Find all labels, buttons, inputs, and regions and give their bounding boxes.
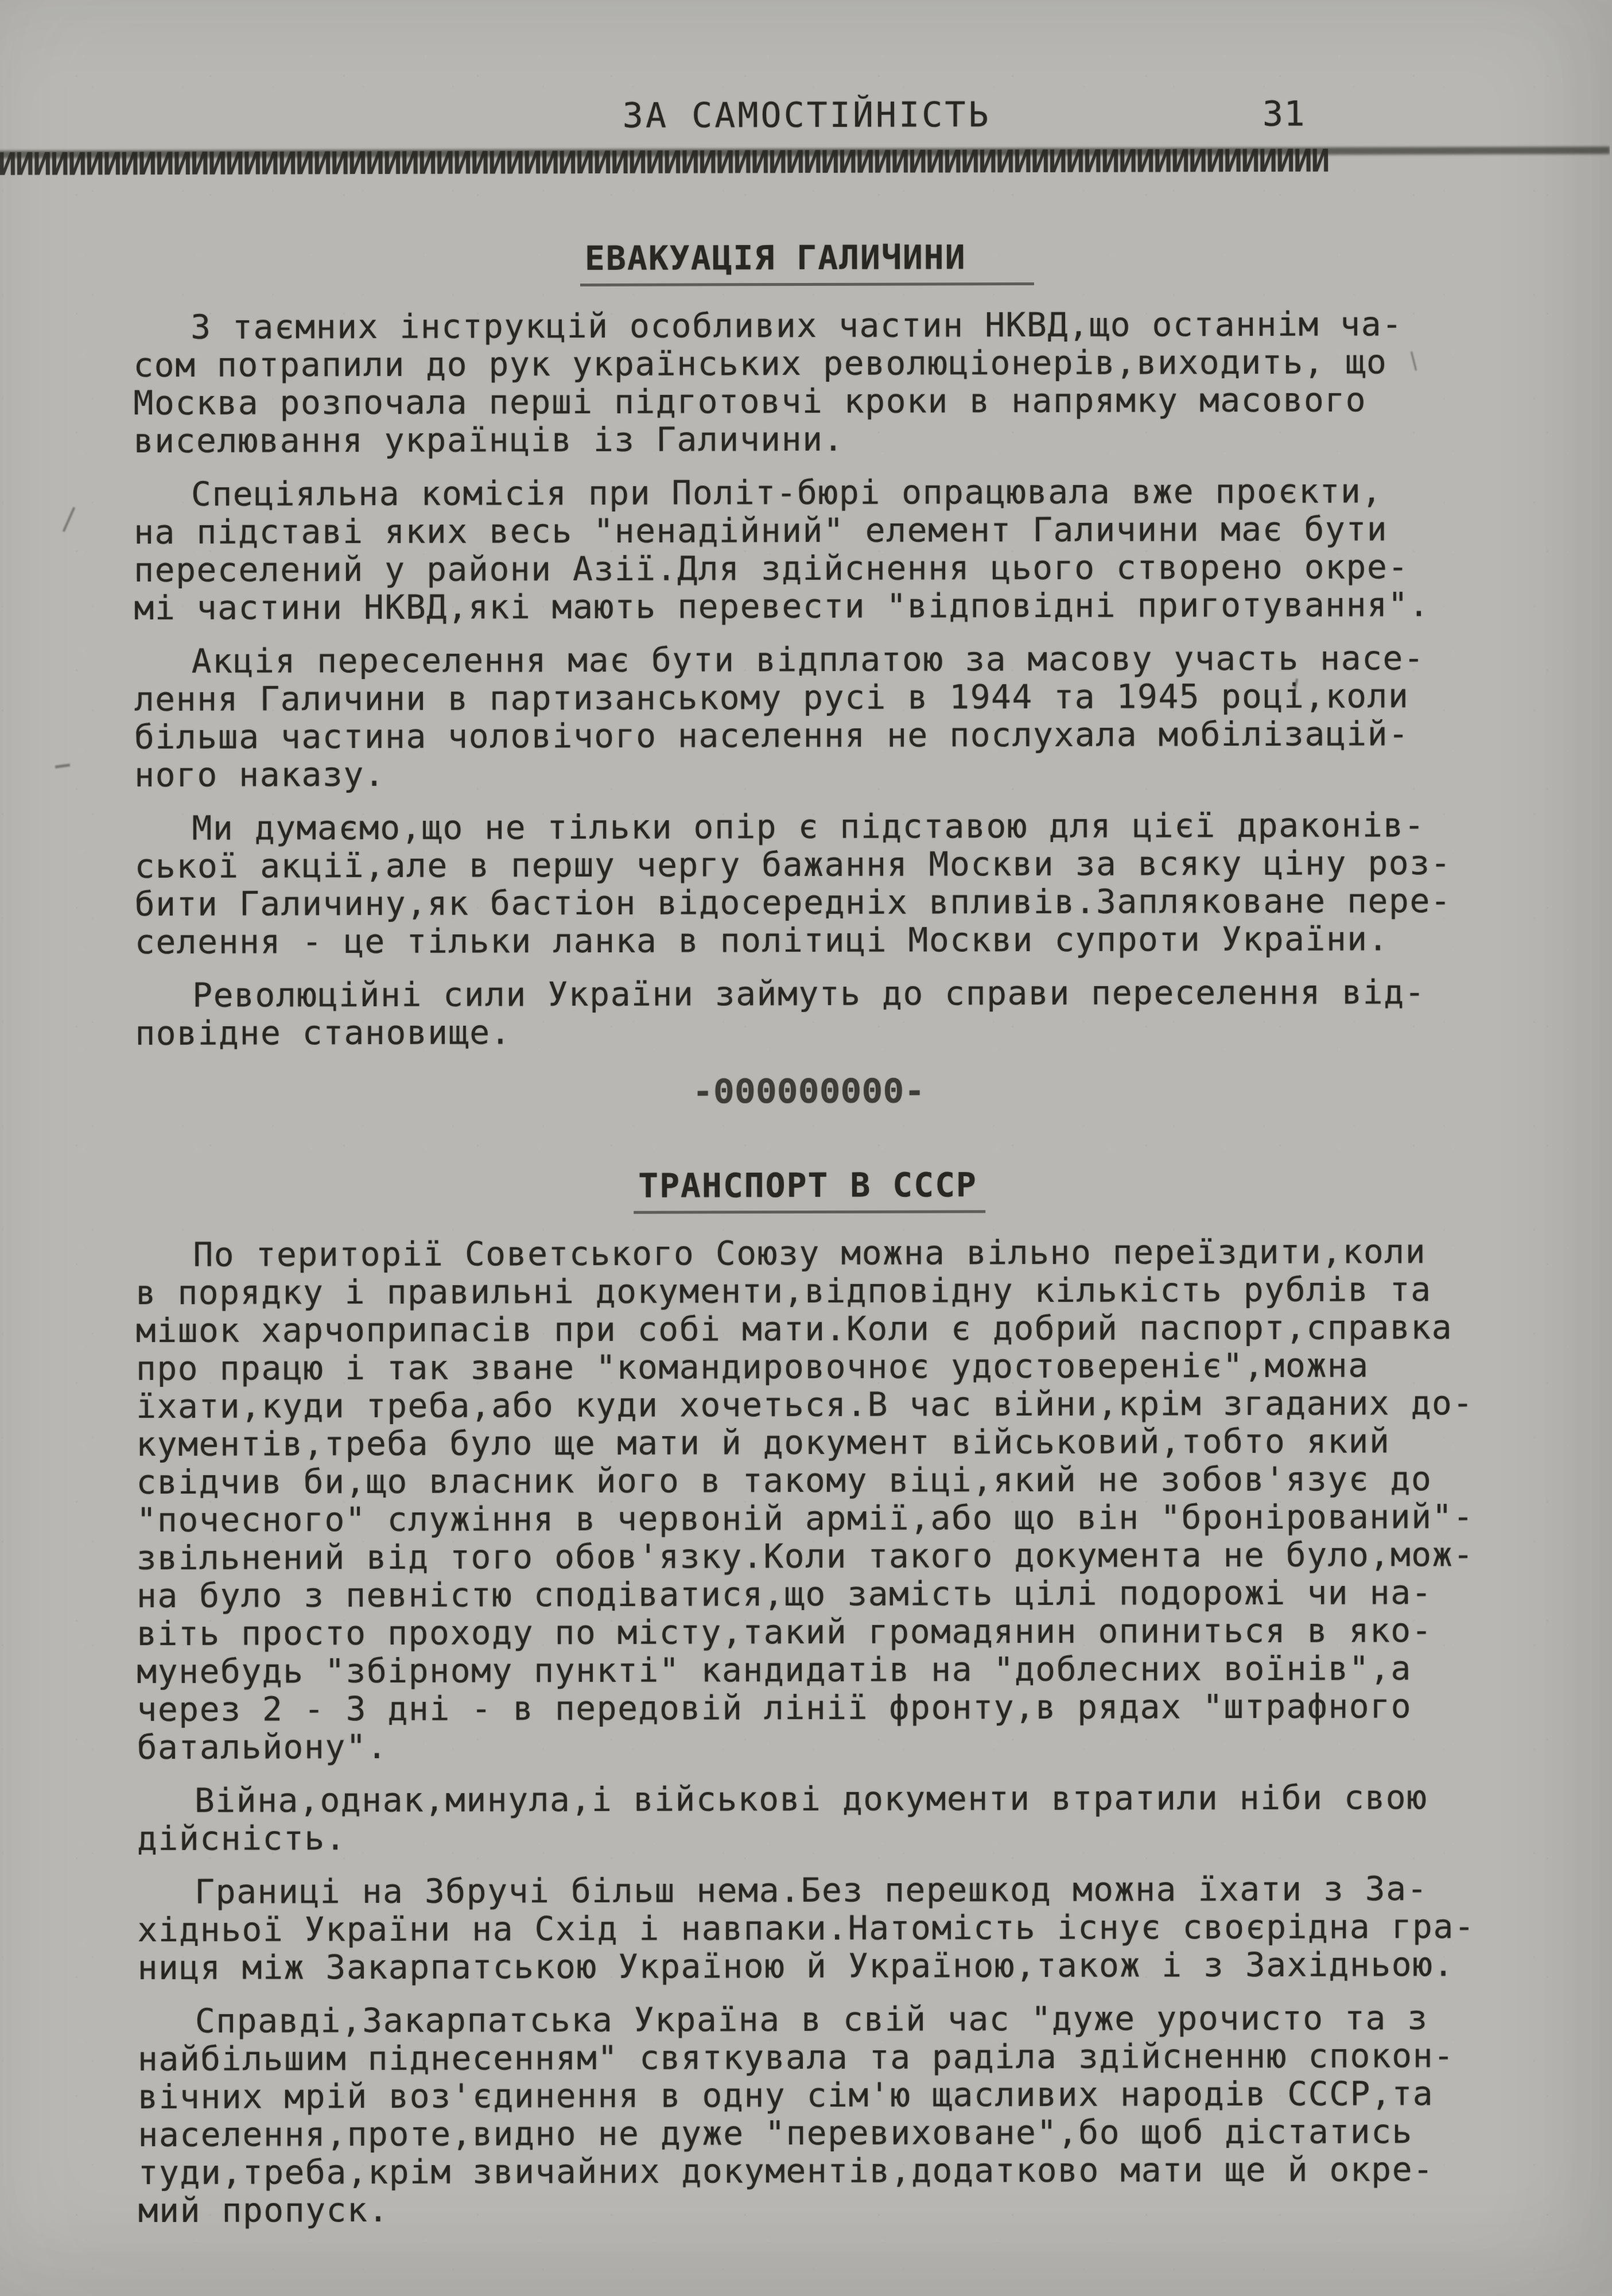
page-header: ЗА САМОСТІЙНІСТЬ 31 ИИИИИИИИИИИИИИИИИИИИ… (133, 95, 1481, 184)
publication-title: ЗА САМОСТІЙНІСТЬ (623, 95, 991, 136)
section-separator: -ΘΘΘΘΘΘΘΘΘ- (135, 1071, 1483, 1112)
paragraph: Справді,Закарпатська Україна в свій час … (138, 1999, 1486, 2229)
paragraph: Акція переселення має бути відплатою за … (134, 639, 1483, 794)
paragraph: Ми думаємо,що не тільки опір є підставою… (134, 806, 1483, 961)
masthead: ЗА САМОСТІЙНІСТЬ 31 (133, 95, 1481, 136)
paragraph: Спеціяльна комісія при Політ-бюрі опрацю… (134, 472, 1482, 627)
article-title-evacuation: ЕВАКУАЦІЯ ГАЛИЧИНИ (133, 237, 1481, 278)
scan-artifact (63, 507, 75, 532)
paragraph: Границі на Збручі більш нема.Без перешко… (137, 1870, 1486, 1987)
article-title-text: ТРАНСПОРТ В СССР (634, 1165, 985, 1214)
article-evacuation-of-galicia: ЕВАКУАЦІЯ ГАЛИЧИНИ З таємних інструкцій … (133, 237, 1483, 1052)
scanned-page: ЗА САМОСТІЙНІСТЬ 31 ИИИИИИИИИИИИИИИИИИИИ… (0, 0, 1612, 2296)
paragraph: Війна,однак,минула,і військові документи… (137, 1778, 1485, 1857)
page-number: 31 (1263, 95, 1306, 133)
divider-characters: ИИИИИИИИИИИИИИИИИИИИИИИИИИИИИИИИИИИИИИИИ… (0, 143, 1329, 183)
paragraph: Революційні сили України займуть до спра… (135, 973, 1483, 1052)
paragraph: По території Советського Союзу можна віл… (135, 1232, 1485, 1766)
article-title-transport: ТРАНСПОРТ В СССР (135, 1165, 1483, 1206)
scan-artifact (55, 763, 70, 769)
page-content: ЗА САМОСТІЙНІСТЬ 31 ИИИИИИИИИИИИИИИИИИИИ… (133, 95, 1486, 2229)
divider-rule: ИИИИИИИИИИИИИИИИИИИИИИИИИИИИИИИИИИИИИИИИ… (0, 140, 1610, 184)
article-title-text: ЕВАКУАЦІЯ ГАЛИЧИНИ (580, 238, 1034, 286)
article-transport-in-ussr: ТРАНСПОРТ В СССР По території Советськог… (135, 1165, 1486, 2229)
paragraph: З таємних інструкцій особливих частин НК… (133, 305, 1482, 460)
